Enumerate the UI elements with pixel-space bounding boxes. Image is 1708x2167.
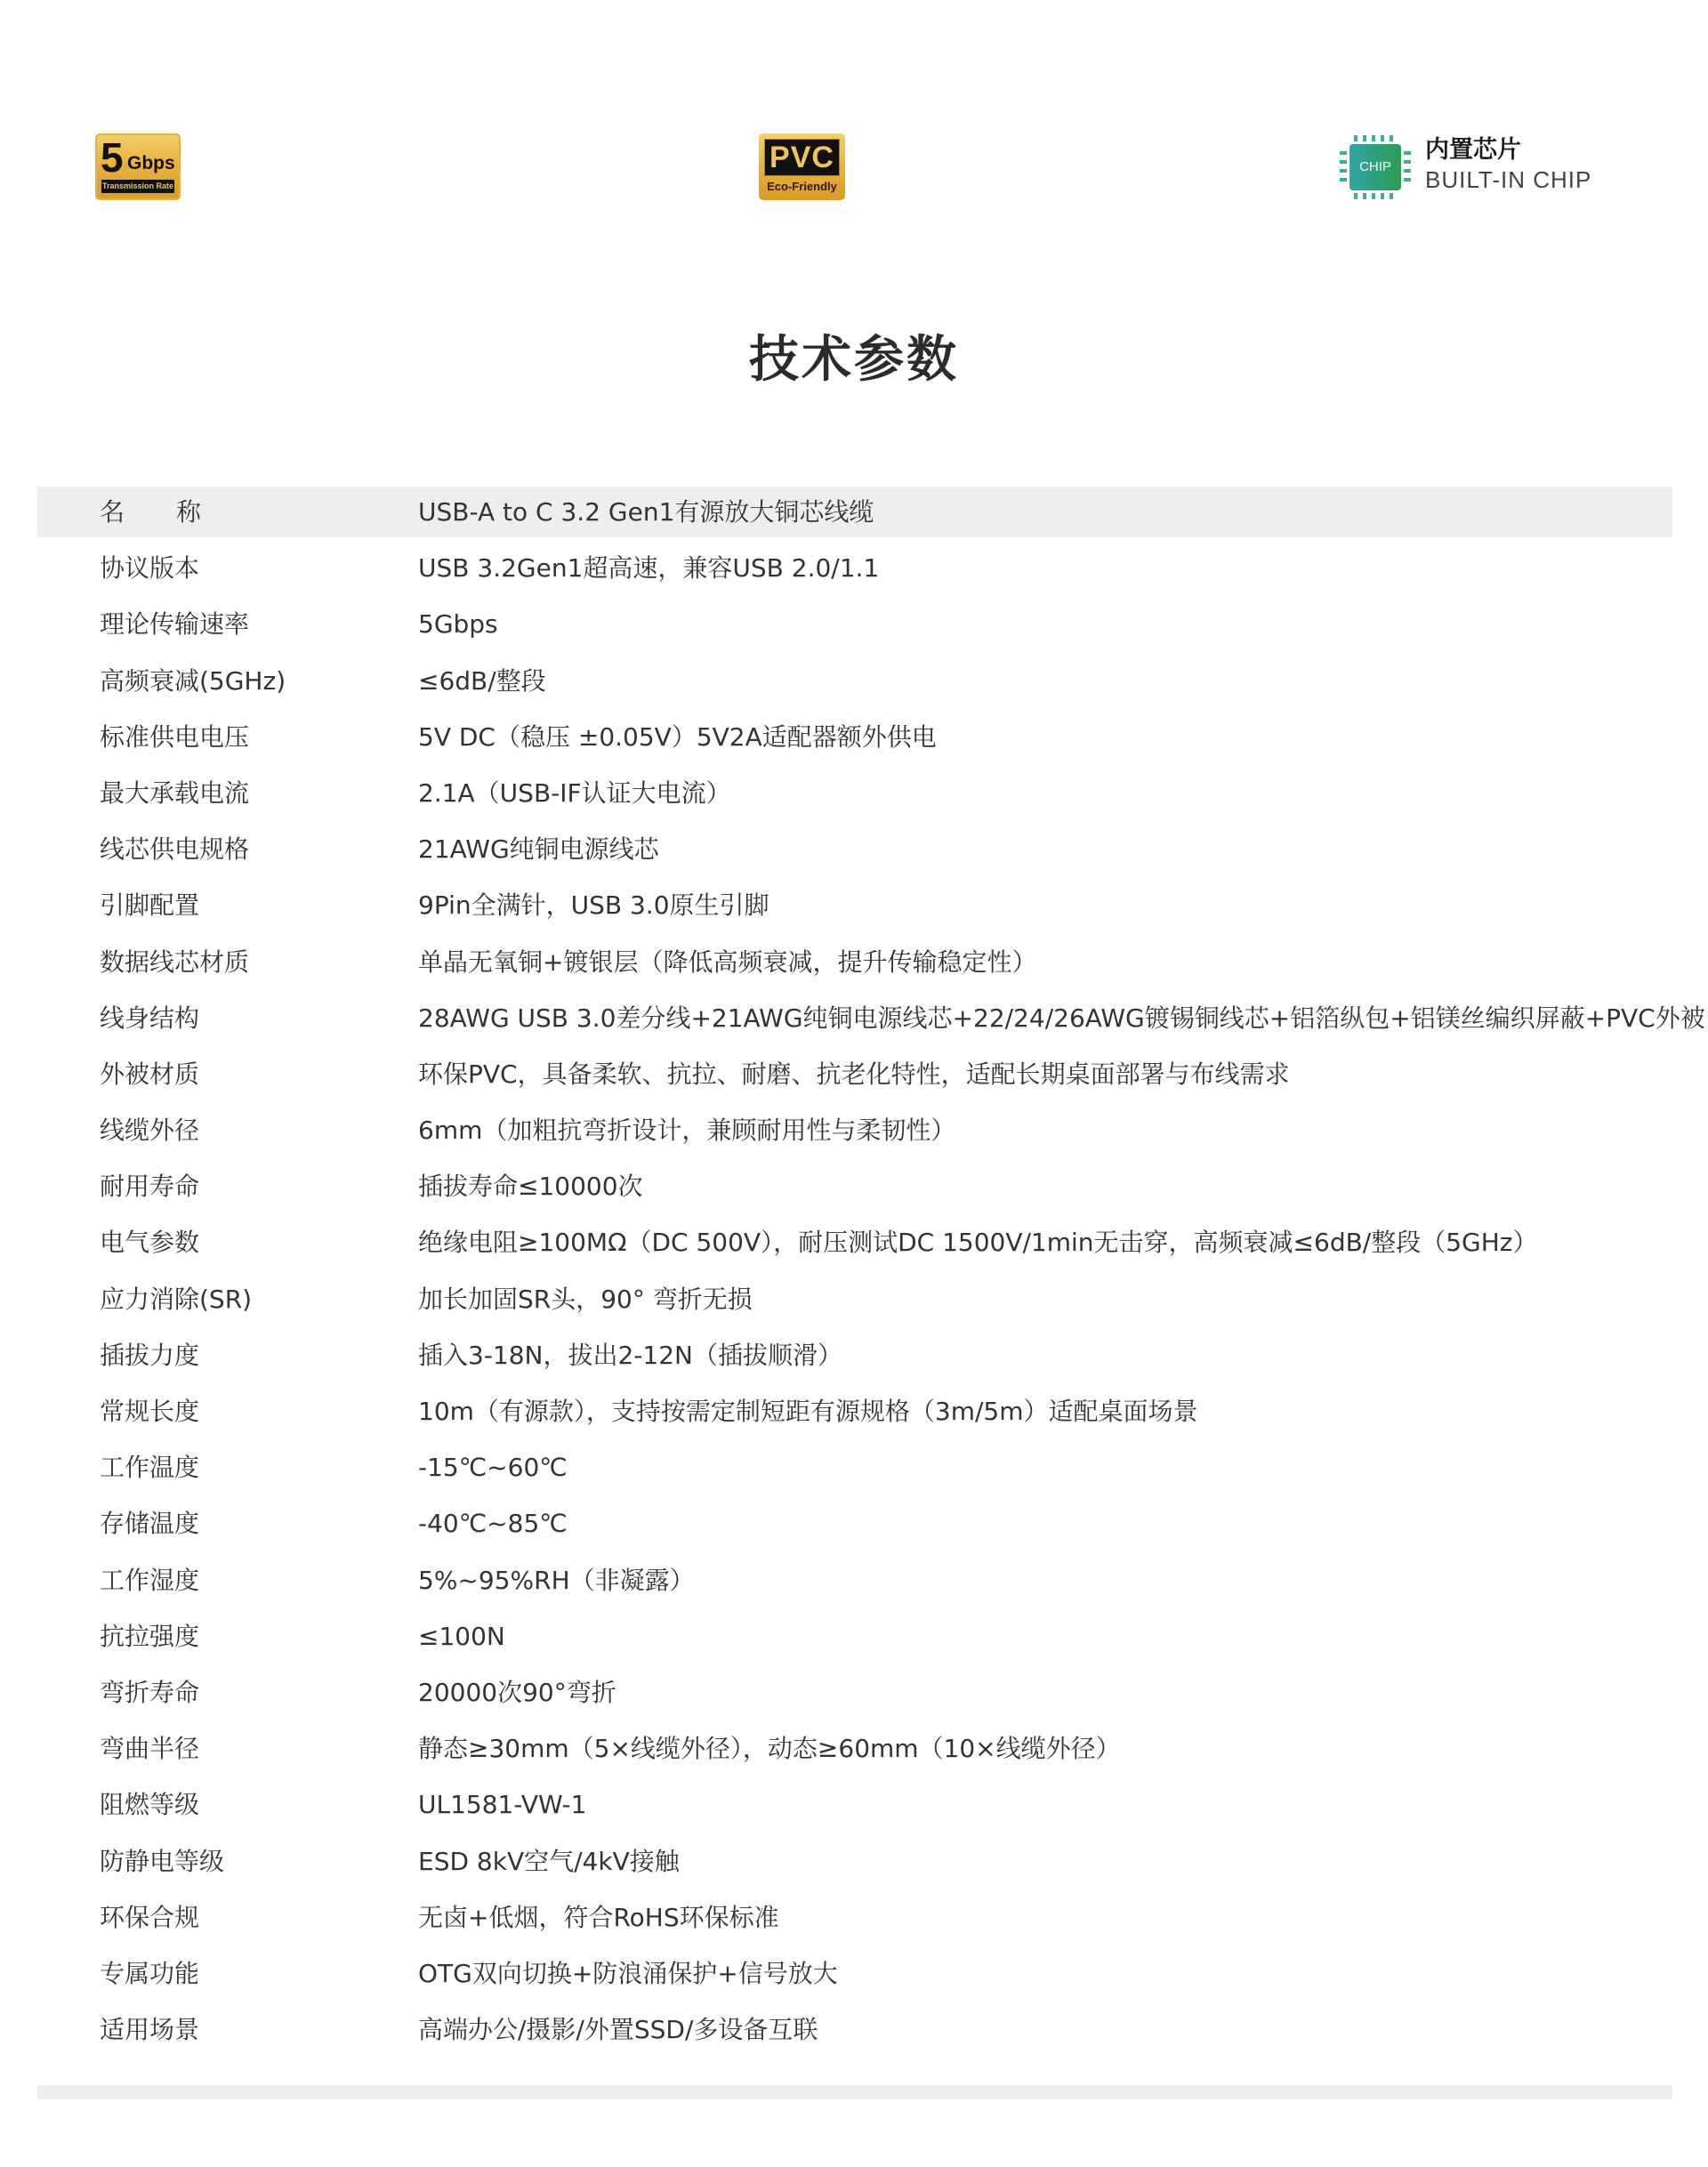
- spec-row: 专属功能OTG双向切换+防浪涌保护+信号放大: [37, 1948, 1672, 2004]
- speed-badge-number: 5: [101, 135, 124, 180]
- spec-label: 弯曲半径: [100, 1723, 199, 1774]
- spec-row: 协议版本USB 3.2Gen1超高速，兼容USB 2.0/1.1: [37, 543, 1672, 599]
- spec-row: 外被材质环保PVC，具备柔软、抗拉、耐磨、抗老化特性，适配长期桌面部署与布线需求: [37, 1049, 1672, 1105]
- spec-label: 工作湿度: [100, 1555, 199, 1606]
- spec-row: 存储温度-40℃~85℃: [37, 1498, 1672, 1554]
- pvc-badge-title: PVC: [764, 139, 840, 176]
- spec-value: 10m（有源款），支持按需定制短距有源规格（3m/5m）适配桌面场景: [418, 1386, 1198, 1437]
- spec-value: 环保PVC，具备柔软、抗拉、耐磨、抗老化特性，适配长期桌面部署与布线需求: [418, 1049, 1290, 1100]
- spec-label: 外被材质: [100, 1049, 199, 1100]
- spec-row: 弯曲半径静态≥30mm（5×线缆外径），动态≥60mm（10×线缆外径）: [37, 1723, 1672, 1779]
- spec-row: 标准供电电压5V DC（稳压 ±0.05V）5V2A适配器额外供电: [37, 712, 1672, 768]
- spec-row: 线缆外径6mm（加粗抗弯折设计，兼顾耐用性与柔韧性）: [37, 1105, 1672, 1161]
- spec-value: 9Pin全满针，USB 3.0原生引脚: [418, 880, 769, 930]
- spec-row: 理论传输速率5Gbps: [37, 599, 1672, 655]
- spec-label: 线芯供电规格: [100, 824, 249, 874]
- spec-label: 协议版本: [100, 543, 199, 593]
- spec-value: 单晶无氧铜+镀银层（降低高频衰减，提升传输稳定性）: [418, 937, 1036, 987]
- spec-row: 弯折寿命20000次90°弯折: [37, 1667, 1672, 1723]
- speed-badge-unit: Gbps: [127, 153, 175, 174]
- spec-value: 2.1A（USB-IF认证大电流）: [418, 768, 731, 818]
- spec-table: 名称 USB-A to C 3.2 Gen1有源放大铜芯线缆 协议版本USB 3…: [37, 487, 1672, 2060]
- spec-label: 工作温度: [100, 1442, 199, 1493]
- spec-value: 高端办公/摄影/外置SSD/多设备互联: [418, 2004, 818, 2055]
- spec-label: 应力消除(SR): [100, 1274, 252, 1325]
- spec-row: 防静电等级ESD 8kV空气/4kV接触: [37, 1836, 1672, 1892]
- spec-row: 最大承载电流2.1A（USB-IF认证大电流）: [37, 768, 1672, 824]
- pvc-badge: PVC Eco-Friendly: [759, 133, 845, 200]
- spec-value: ≤6dB/整段: [418, 656, 546, 706]
- spec-label: 电气参数: [100, 1217, 199, 1268]
- spec-label-part: 称: [176, 487, 201, 537]
- footer-band: [37, 2085, 1672, 2099]
- spec-value: 插入3-18N，拔出2-12N（插拔顺滑）: [418, 1330, 842, 1381]
- spec-row: 数据线芯材质单晶无氧铜+镀银层（降低高频衰减，提升传输稳定性）: [37, 937, 1672, 993]
- spec-label: 理论传输速率: [100, 599, 249, 649]
- spec-label: 耐用寿命: [100, 1161, 199, 1212]
- spec-label: 线缆外径: [100, 1105, 199, 1156]
- spec-label: 标准供电电压: [100, 712, 249, 762]
- spec-label: 引脚配置: [100, 880, 199, 930]
- chip-icon-label: CHIP: [1349, 144, 1401, 190]
- spec-label: 防静电等级: [100, 1836, 224, 1887]
- spec-value: -40℃~85℃: [418, 1498, 568, 1549]
- spec-label: 专属功能: [100, 1948, 199, 1999]
- spec-label: 抗拉强度: [100, 1611, 199, 1662]
- spec-label: 线身结构: [100, 993, 199, 1043]
- spec-value: 加长加固SR头，90° 弯折无损: [418, 1274, 753, 1325]
- spec-row: 线身结构28AWG USB 3.0差分线+21AWG纯铜电源线芯+22/24/2…: [37, 993, 1672, 1049]
- spec-value: -15℃~60℃: [418, 1442, 568, 1493]
- spec-row: 常规长度10m（有源款），支持按需定制短距有源规格（3m/5m）适配桌面场景: [37, 1386, 1672, 1442]
- spec-value: 绝缘电阻≥100MΩ（DC 500V），耐压测试DC 1500V/1min无击穿…: [418, 1217, 1538, 1268]
- spec-value: 20000次90°弯折: [418, 1667, 616, 1718]
- spec-row: 插拔力度插入3-18N，拔出2-12N（插拔顺滑）: [37, 1330, 1672, 1386]
- spec-row: 工作温度-15℃~60℃: [37, 1442, 1672, 1498]
- spec-label: 最大承载电流: [100, 768, 249, 818]
- spec-label: 存储温度: [100, 1498, 199, 1549]
- chip-feature: 内置芯片 BUILT-IN CHIP: [1425, 135, 1591, 194]
- spec-row: 抗拉强度≤100N: [37, 1611, 1672, 1667]
- chip-icon: CHIP: [1339, 133, 1412, 201]
- spec-label: 高频衰减(5GHz): [100, 656, 286, 706]
- spec-row: 引脚配置9Pin全满针，USB 3.0原生引脚: [37, 880, 1672, 936]
- spec-row: 工作湿度5%~95%RH（非凝露）: [37, 1555, 1672, 1611]
- spec-value: OTG双向切换+防浪涌保护+信号放大: [418, 1948, 838, 1999]
- spec-row: 高频衰减(5GHz)≤6dB/整段: [37, 656, 1672, 712]
- chip-feature-cn: 内置芯片: [1425, 135, 1591, 165]
- spec-header-row: 名称 USB-A to C 3.2 Gen1有源放大铜芯线缆: [37, 487, 1672, 537]
- spec-row: 线芯供电规格21AWG纯铜电源线芯: [37, 824, 1672, 880]
- spec-label: 适用场景: [100, 2004, 199, 2055]
- spec-value: USB 3.2Gen1超高速，兼容USB 2.0/1.1: [418, 543, 879, 593]
- spec-value: ≤100N: [418, 1611, 505, 1662]
- speed-badge-caption: Transmission Rate: [101, 180, 174, 193]
- spec-row: 适用场景高端办公/摄影/外置SSD/多设备互联: [37, 2004, 1672, 2060]
- spec-row: 应力消除(SR)加长加固SR头，90° 弯折无损: [37, 1274, 1672, 1330]
- spec-label: 数据线芯材质: [100, 937, 249, 987]
- spec-value: 28AWG USB 3.0差分线+21AWG纯铜电源线芯+22/24/26AWG…: [418, 993, 1705, 1043]
- spec-value: 插拔寿命≤10000次: [418, 1161, 643, 1212]
- spec-value: USB-A to C 3.2 Gen1有源放大铜芯线缆: [418, 487, 874, 537]
- spec-value: ESD 8kV空气/4kV接触: [418, 1836, 680, 1887]
- spec-value: 21AWG纯铜电源线芯: [418, 824, 659, 874]
- page-title: 技术参数: [0, 320, 1708, 391]
- spec-value: 5V DC（稳压 ±0.05V）5V2A适配器额外供电: [418, 712, 937, 762]
- spec-value: 5%~95%RH（非凝露）: [418, 1555, 695, 1606]
- spec-value: 5Gbps: [418, 599, 498, 649]
- spec-label: 名称: [100, 487, 201, 537]
- chip-feature-en: BUILT-IN CHIP: [1425, 165, 1591, 194]
- spec-label: 弯折寿命: [100, 1667, 199, 1718]
- spec-label: 常规长度: [100, 1386, 199, 1437]
- pvc-badge-caption: Eco-Friendly: [759, 180, 845, 193]
- spec-label: 插拔力度: [100, 1330, 199, 1381]
- speed-badge: 5 Gbps Transmission Rate: [95, 133, 181, 200]
- spec-label: 环保合规: [100, 1892, 199, 1943]
- spec-row: 环保合规无卤+低烟，符合RoHS环保标准: [37, 1892, 1672, 1948]
- spec-row: 耐用寿命插拔寿命≤10000次: [37, 1161, 1672, 1217]
- spec-label: 阻燃等级: [100, 1779, 199, 1830]
- spec-label-part: 名: [100, 487, 125, 537]
- spec-value: 无卤+低烟，符合RoHS环保标准: [418, 1892, 779, 1943]
- spec-value: 静态≥30mm（5×线缆外径），动态≥60mm（10×线缆外径）: [418, 1723, 1121, 1774]
- spec-row: 电气参数绝缘电阻≥100MΩ（DC 500V），耐压测试DC 1500V/1mi…: [37, 1217, 1672, 1273]
- spec-value: UL1581-VW-1: [418, 1779, 586, 1830]
- spec-row: 阻燃等级UL1581-VW-1: [37, 1779, 1672, 1835]
- spec-value: 6mm（加粗抗弯折设计，兼顾耐用性与柔韧性）: [418, 1105, 955, 1156]
